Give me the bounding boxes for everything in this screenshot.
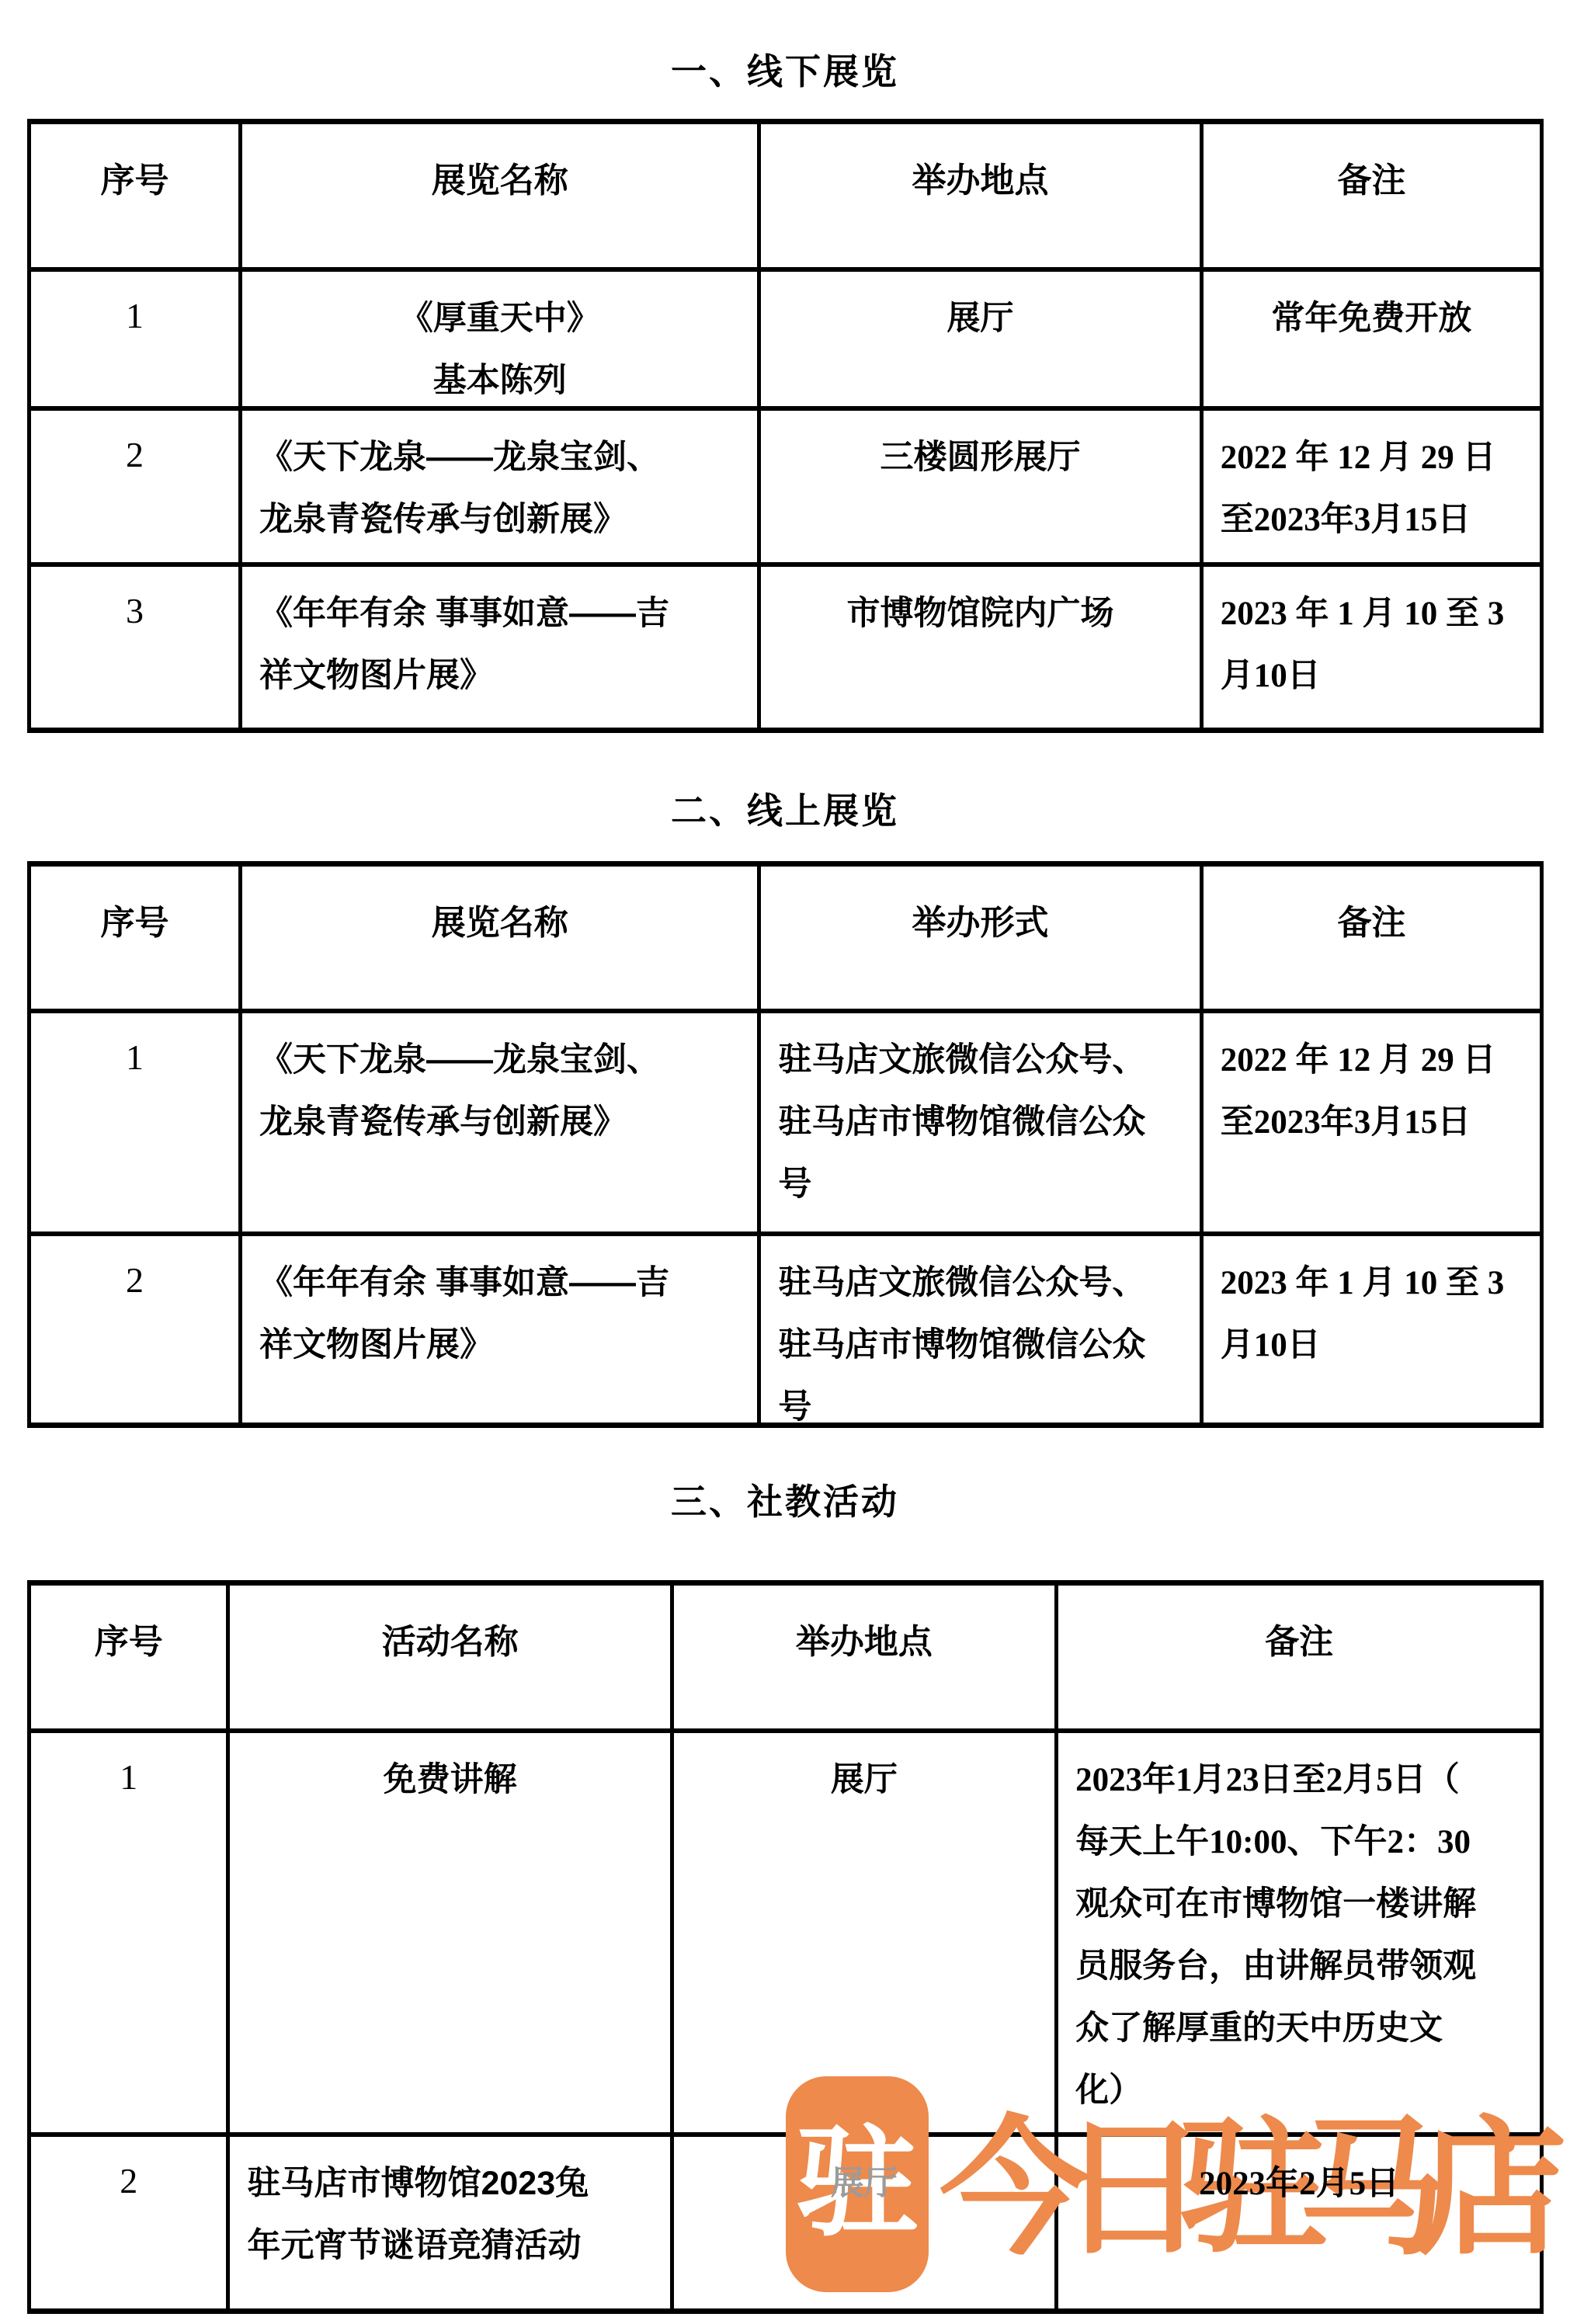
column-header-label: 备注 — [1058, 1607, 1540, 1669]
section-title-online-exhibitions: 二、线上展览 — [0, 783, 1570, 834]
column-header-label: 举办形式 — [761, 888, 1199, 950]
cell-r2-c2: 《天下龙泉——龙泉宝剑、龙泉青瓷传承与创新展》 — [242, 411, 761, 562]
cell-r1-c4: 2023年1月23日至2月5日（每天上午10:00、下午2：30观众可在市博物馆… — [1058, 1733, 1540, 2132]
cell-text-line: 《年年有余 事事如意——吉 — [242, 1249, 757, 1311]
cell-text-line: 展厅 — [674, 1746, 1054, 1808]
cell-text-line: 祥文物图片展》 — [242, 641, 757, 703]
column-header: 展览名称 — [242, 124, 761, 267]
cell-text-line: 月10日 — [1204, 641, 1540, 703]
table-header-row: 序号展览名称举办形式备注 — [27, 867, 1544, 1013]
cell-r2-c1: 2 — [31, 411, 242, 562]
cell-r2-c4: 2023年2月5日 — [1058, 2137, 1540, 2308]
cell-text-line: 2023 年 1 月 10 至 3 — [1204, 579, 1540, 641]
cell-text-line: 化） — [1058, 2056, 1540, 2118]
cell-text-line: 祥文物图片展》 — [242, 1311, 757, 1373]
cell-text-line: 2022 年 12 月 29 日 — [1204, 423, 1540, 485]
cell-text-line: 1 — [31, 1026, 238, 1088]
section-title-social-education: 三、社教活动 — [0, 1474, 1570, 1525]
table-row: 3《年年有余 事事如意——吉祥文物图片展》市博物馆院内广场2023 年 1 月 … — [27, 567, 1544, 728]
cell-text-line: 2023年1月23日至2月5日（ — [1058, 1746, 1540, 1808]
cell-text-line: 驻马店市博物馆微信公众 — [761, 1088, 1199, 1150]
cell-r1-c2: 《厚重天中》基本陈列 — [242, 272, 761, 406]
cell-r3-c2: 《年年有余 事事如意——吉祥文物图片展》 — [242, 567, 761, 728]
column-header: 活动名称 — [230, 1586, 673, 1728]
cell-text-line: 驻马店文旅微信公众号、 — [761, 1249, 1199, 1311]
cell-text-line: 龙泉青瓷传承与创新展》 — [242, 1088, 757, 1150]
cell-r1-c4: 常年免费开放 — [1204, 272, 1540, 406]
column-header: 展览名称 — [242, 867, 761, 1009]
cell-text-line: 号 — [761, 1150, 1199, 1212]
column-header: 序号 — [31, 1586, 230, 1728]
column-header-label: 展览名称 — [242, 146, 757, 208]
cell-r1-c4: 2022 年 12 月 29 日至2023年3月15日 — [1204, 1013, 1540, 1231]
cell-text-line: 员服务台，由讲解员带领观 — [1058, 1932, 1540, 1994]
column-header: 举办形式 — [761, 867, 1203, 1009]
cell-r1-c3: 展厅 — [674, 1733, 1058, 2132]
table-header-row: 序号展览名称举办地点备注 — [27, 124, 1544, 272]
cell-r2-c4: 2023 年 1 月 10 至 3月10日 — [1204, 1236, 1540, 1423]
cell-text-line: 驻马店市博物馆2023兔 — [230, 2149, 669, 2211]
cell-r1-c1: 1 — [31, 272, 242, 406]
cell-r3-c3: 市博物馆院内广场 — [761, 567, 1203, 728]
cell-r1-c3: 驻马店文旅微信公众号、驻马店市博物馆微信公众号 — [761, 1013, 1203, 1231]
cell-r1-c2: 免费讲解 — [230, 1733, 673, 2132]
column-header: 备注 — [1204, 867, 1540, 1009]
cell-r2-c1: 2 — [31, 2137, 230, 2308]
table-row: 1《天下龙泉——龙泉宝剑、龙泉青瓷传承与创新展》驻马店文旅微信公众号、驻马店市博… — [27, 1013, 1544, 1236]
cell-text-line: 驻马店市博物馆微信公众 — [761, 1311, 1199, 1373]
table-row: 2驻马店市博物馆2023兔年元宵节谜语竞猜活动展厅2023年2月5日 — [27, 2137, 1544, 2308]
cell-text-line: 3 — [31, 579, 238, 641]
cell-text-line: 众了解厚重的天中历史文 — [1058, 1994, 1540, 2056]
column-header-label: 活动名称 — [230, 1607, 669, 1669]
cell-text-line: 1 — [31, 1746, 226, 1808]
cell-r3-c1: 3 — [31, 567, 242, 728]
cell-text-line: 龙泉青瓷传承与创新展》 — [242, 485, 757, 547]
cell-text-line: 至2023年3月15日 — [1204, 485, 1540, 547]
cell-r1-c3: 展厅 — [761, 272, 1203, 406]
column-header-label: 序号 — [31, 888, 238, 950]
column-header: 备注 — [1058, 1586, 1540, 1728]
cell-r2-c2: 驻马店市博物馆2023兔年元宵节谜语竞猜活动 — [230, 2137, 673, 2308]
cell-r1-c1: 1 — [31, 1733, 230, 2132]
cell-r2-c1: 2 — [31, 1236, 242, 1423]
cell-text-line: 三楼圆形展厅 — [761, 423, 1199, 485]
column-header-label: 展览名称 — [242, 888, 757, 950]
column-header: 备注 — [1204, 124, 1540, 267]
column-header: 序号 — [31, 124, 242, 267]
column-header: 序号 — [31, 867, 242, 1009]
cell-r3-c4: 2023 年 1 月 10 至 3月10日 — [1204, 567, 1540, 728]
cell-r2-c3: 展厅 — [674, 2137, 1058, 2308]
column-header: 举办地点 — [674, 1586, 1058, 1728]
cell-text-line: 每天上午10:00、下午2：30 — [1058, 1808, 1540, 1870]
cell-text-line: 2 — [31, 423, 238, 485]
offline-exhibitions-table: 序号展览名称举办地点备注1《厚重天中》基本陈列展厅常年免费开放2《天下龙泉——龙… — [27, 119, 1544, 733]
table-row: 1免费讲解展厅2023年1月23日至2月5日（每天上午10:00、下午2：30观… — [27, 1733, 1544, 2137]
cell-text-line: 1 — [31, 284, 238, 346]
cell-r2-c3: 驻马店文旅微信公众号、驻马店市博物馆微信公众号 — [761, 1236, 1203, 1423]
cell-text-line: 市博物馆院内广场 — [761, 579, 1199, 641]
cell-text-line: 常年免费开放 — [1204, 284, 1540, 346]
column-header-label: 序号 — [31, 1607, 226, 1669]
table-row: 2《年年有余 事事如意——吉祥文物图片展》驻马店文旅微信公众号、驻马店市博物馆微… — [27, 1236, 1544, 1423]
cell-text-line: 展厅 — [674, 2149, 1054, 2211]
cell-text-line: 月10日 — [1204, 1311, 1540, 1373]
cell-text-line: 年元宵节谜语竞猜活动 — [230, 2211, 669, 2274]
column-header-label: 举办地点 — [761, 146, 1199, 208]
table-row: 1《厚重天中》基本陈列展厅常年免费开放 — [27, 272, 1544, 411]
table-header-row: 序号活动名称举办地点备注 — [27, 1586, 1544, 1733]
column-header-label: 序号 — [31, 146, 238, 208]
cell-text-line: 2 — [31, 1249, 238, 1311]
cell-text-line: 2023年2月5日 — [1058, 2149, 1540, 2211]
column-header-label: 备注 — [1204, 888, 1540, 950]
column-header-label: 举办地点 — [674, 1607, 1054, 1669]
cell-text-line: 《天下龙泉——龙泉宝剑、 — [242, 1026, 757, 1088]
cell-text-line: 基本陈列 — [242, 346, 757, 406]
cell-text-line: 《年年有余 事事如意——吉 — [242, 579, 757, 641]
cell-r1-c2: 《天下龙泉——龙泉宝剑、龙泉青瓷传承与创新展》 — [242, 1013, 761, 1231]
cell-r2-c3: 三楼圆形展厅 — [761, 411, 1203, 562]
cell-r1-c1: 1 — [31, 1013, 242, 1231]
column-header: 举办地点 — [761, 124, 1203, 267]
section-title-offline-exhibitions: 一、线下展览 — [0, 43, 1570, 95]
online-exhibitions-table: 序号展览名称举办形式备注1《天下龙泉——龙泉宝剑、龙泉青瓷传承与创新展》驻马店文… — [27, 861, 1544, 1428]
cell-text-line: 号 — [761, 1373, 1199, 1423]
table-row: 2《天下龙泉——龙泉宝剑、龙泉青瓷传承与创新展》三楼圆形展厅2022 年 12 … — [27, 411, 1544, 567]
cell-text-line: 2 — [31, 2149, 226, 2211]
cell-text-line: 2023 年 1 月 10 至 3 — [1204, 1249, 1540, 1311]
cell-r2-c2: 《年年有余 事事如意——吉祥文物图片展》 — [242, 1236, 761, 1423]
cell-r2-c4: 2022 年 12 月 29 日至2023年3月15日 — [1204, 411, 1540, 562]
cell-text-line: 驻马店文旅微信公众号、 — [761, 1026, 1199, 1088]
column-header-label: 备注 — [1204, 146, 1540, 208]
cell-text-line: 《厚重天中》 — [242, 284, 757, 346]
document-page: 一、线下展览 序号展览名称举办地点备注1《厚重天中》基本陈列展厅常年免费开放2《… — [0, 0, 1570, 2324]
cell-text-line: 展厅 — [761, 284, 1199, 346]
cell-text-line: 至2023年3月15日 — [1204, 1088, 1540, 1150]
social-education-activities-table: 序号活动名称举办地点备注1免费讲解展厅2023年1月23日至2月5日（每天上午1… — [27, 1580, 1544, 2314]
cell-text-line: 《天下龙泉——龙泉宝剑、 — [242, 423, 757, 485]
cell-text-line: 免费讲解 — [230, 1746, 669, 1808]
cell-text-line: 观众可在市博物馆一楼讲解 — [1058, 1870, 1540, 1932]
cell-text-line: 2022 年 12 月 29 日 — [1204, 1026, 1540, 1088]
